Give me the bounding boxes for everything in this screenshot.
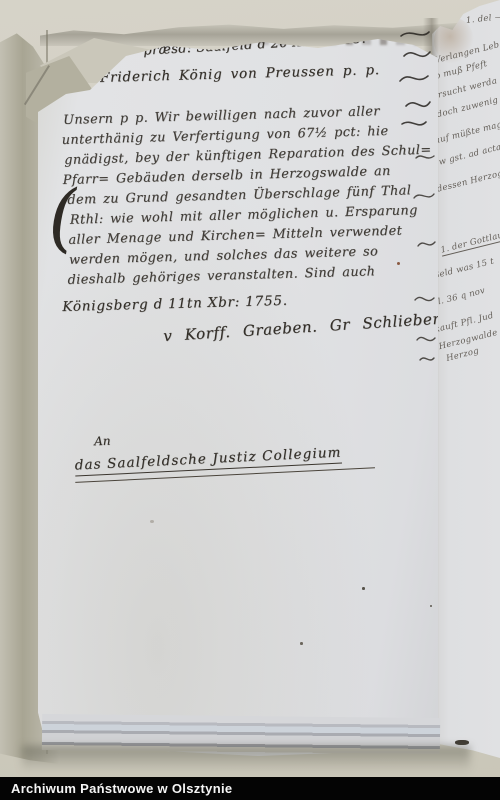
margin-note-fragment: dessen Herzoge bbox=[436, 167, 500, 194]
archival-document-scan: 1. del — Verlangen Leb so muß Pfeft ersu… bbox=[0, 0, 500, 800]
handwritten-text-layer: 8 præsd: Saalfeld d 20 Xbr: 1755. Frider… bbox=[35, 21, 455, 758]
address-salutation: An bbox=[94, 434, 111, 448]
ink-speck bbox=[362, 587, 365, 590]
manuscript-page: 8 præsd: Saalfeld d 20 Xbr: 1755. Frider… bbox=[38, 30, 438, 756]
ink-scribble-marks bbox=[396, 26, 434, 136]
body-text-line: Unsern p p. Wir bewilligen nach zuvor al… bbox=[63, 104, 380, 128]
body-text-line: dieshalb gehöriges veranstalten. Sind au… bbox=[67, 264, 375, 288]
margin-note-fragment: auf müßte mag bbox=[434, 120, 500, 146]
ink-gutter-marks bbox=[410, 150, 438, 370]
margin-note-fragment: 1. del — bbox=[466, 12, 500, 26]
archive-watermark-bar: Archiwum Państwowe w Olsztynie bbox=[0, 777, 500, 800]
page-fold-crevice bbox=[455, 740, 469, 745]
margin-note-fragment: w gst. ad acta bbox=[438, 142, 500, 167]
adjacent-page-edge: 1. del — Verlangen Leb so muß Pfeft ersu… bbox=[432, 0, 500, 758]
ink-speck bbox=[430, 605, 432, 607]
margin-note-fragment: 1. der Gottlau bbox=[440, 230, 500, 256]
paper-stain bbox=[150, 520, 154, 523]
body-text-line: werden mögen, und solches das weitere so bbox=[69, 244, 379, 268]
royal-intitulatio: Friderich König von Preussen p. p. bbox=[100, 62, 380, 86]
margin-bracket: ( bbox=[47, 181, 78, 256]
ink-speck bbox=[300, 642, 303, 645]
foxing-speck bbox=[397, 262, 400, 265]
signatures: v Korff. Graeben. Gr Schlieben bbox=[163, 310, 443, 346]
margin-note-fragment: Geld was 15 t bbox=[432, 257, 495, 282]
dateline: Königsberg d 11tn Xbr: 1755. bbox=[62, 293, 288, 315]
archive-name-label: Archiwum Państwowe w Olsztynie bbox=[0, 781, 232, 796]
book-drop-shadow bbox=[22, 746, 470, 772]
margin-note-fragment: fl. 36 q nov bbox=[434, 286, 487, 308]
